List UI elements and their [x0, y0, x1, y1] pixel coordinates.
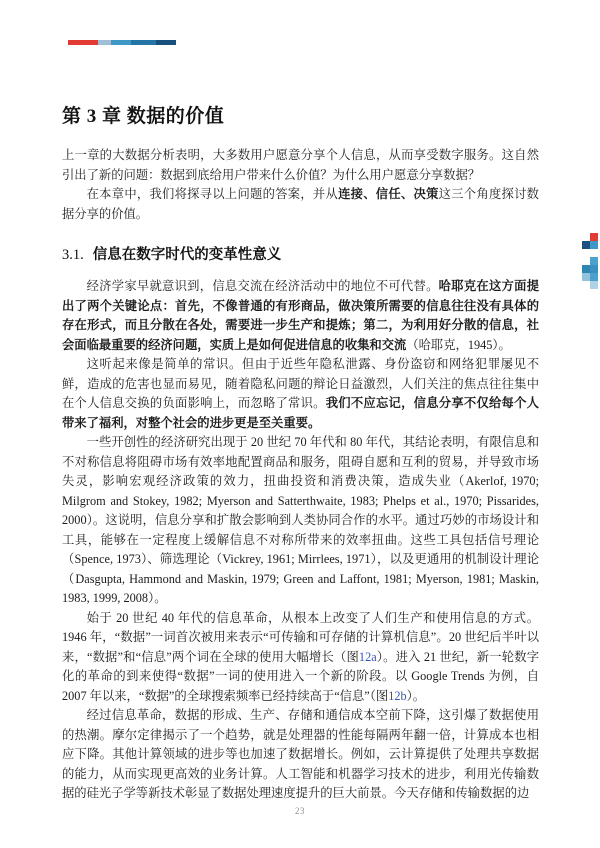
- page-number: 23: [0, 806, 600, 816]
- bold-text: 连接、信任、决策: [338, 187, 439, 201]
- paragraph: 这听起来像是简单的常识。但由于近些年隐私泄露、身份盗窃和网络犯罪屡见不鲜，造成的…: [62, 355, 539, 433]
- chapter-intro-paragraphs: 上一章的大数据分析表明，大多数用户愿意分享个人信息，从而享受数字服务。这自然引出…: [62, 146, 539, 224]
- mosaic-cell: [590, 233, 598, 241]
- paragraph: 在本章中，我们将探寻以上问题的答案，并从连接、信任、决策这三个角度探讨数据分享的…: [62, 185, 539, 224]
- mosaic-cell: [582, 265, 590, 273]
- mosaic-cell: [590, 265, 598, 273]
- paragraph: 始于 20 世纪 40 年代的信息革命，从根本上改变了人们生产和使用信息的方式。…: [62, 609, 539, 707]
- mosaic-cell: [590, 273, 598, 281]
- body-text: 经过信息革命，数据的形成、生产、存储和通信成本空前下降，这引爆了数据使用的热潮。…: [62, 708, 539, 800]
- document-page: 第 3 章 数据的价值 上一章的大数据分析表明，大多数用户愿意分享个人信息，从而…: [0, 0, 600, 848]
- section-number: 3.1.: [62, 247, 84, 263]
- section-title: 信息在数字时代的变革性意义: [93, 247, 282, 263]
- body-text: 一些开创性的经济研究出现于 20 世纪 70 年代和 80 年代，其结论表明，有…: [62, 435, 539, 605]
- logo-segment-red: [68, 40, 98, 45]
- logo-segment-dark-blue: [156, 40, 176, 45]
- text-column: 第 3 章 数据的价值 上一章的大数据分析表明，大多数用户愿意分享个人信息，从而…: [62, 101, 539, 804]
- mosaic-cell: [590, 241, 598, 249]
- publisher-logo-bar: [68, 40, 176, 45]
- logo-segment-blue: [131, 40, 156, 45]
- logo-segment-medium-blue: [111, 40, 131, 45]
- body-text: 经济学家早就意识到，信息交流在经济活动中的地位不可代替。: [87, 279, 439, 293]
- section-heading: 3.1.信息在数字时代的变革性意义: [62, 243, 539, 264]
- paragraph: 经济学家早就意识到，信息交流在经济活动中的地位不可代替。哈耶克在这方面提出了两个…: [62, 277, 539, 355]
- mosaic-cell: [590, 281, 598, 289]
- body-text: （哈耶克，1945）。: [406, 338, 511, 352]
- paragraph: 一些开创性的经济研究出现于 20 世纪 70 年代和 80 年代，其结论表明，有…: [62, 433, 539, 609]
- logo-segment-pale-blue: [98, 40, 111, 45]
- figure-reference-link[interactable]: 12b: [388, 689, 406, 703]
- section-paragraphs: 经济学家早就意识到，信息交流在经济活动中的地位不可代替。哈耶克在这方面提出了两个…: [62, 277, 539, 804]
- mosaic-cell: [582, 273, 590, 281]
- chapter-title: 第 3 章 数据的价值: [62, 101, 539, 128]
- body-text: 上一章的大数据分析表明，大多数用户愿意分享个人信息，从而享受数字服务。这自然引出…: [62, 148, 539, 182]
- paragraph: 经过信息革命，数据的形成、生产、存储和通信成本空前下降，这引爆了数据使用的热潮。…: [62, 706, 539, 804]
- mosaic-cell: [590, 257, 598, 265]
- body-text: 在本章中，我们将探寻以上问题的答案，并从: [87, 187, 338, 201]
- corner-mosaic-decoration: [582, 233, 598, 289]
- mosaic-cell: [582, 241, 590, 249]
- body-text: ）。: [407, 689, 425, 703]
- paragraph: 上一章的大数据分析表明，大多数用户愿意分享个人信息，从而享受数字服务。这自然引出…: [62, 146, 539, 185]
- figure-reference-link[interactable]: 12a: [359, 650, 377, 664]
